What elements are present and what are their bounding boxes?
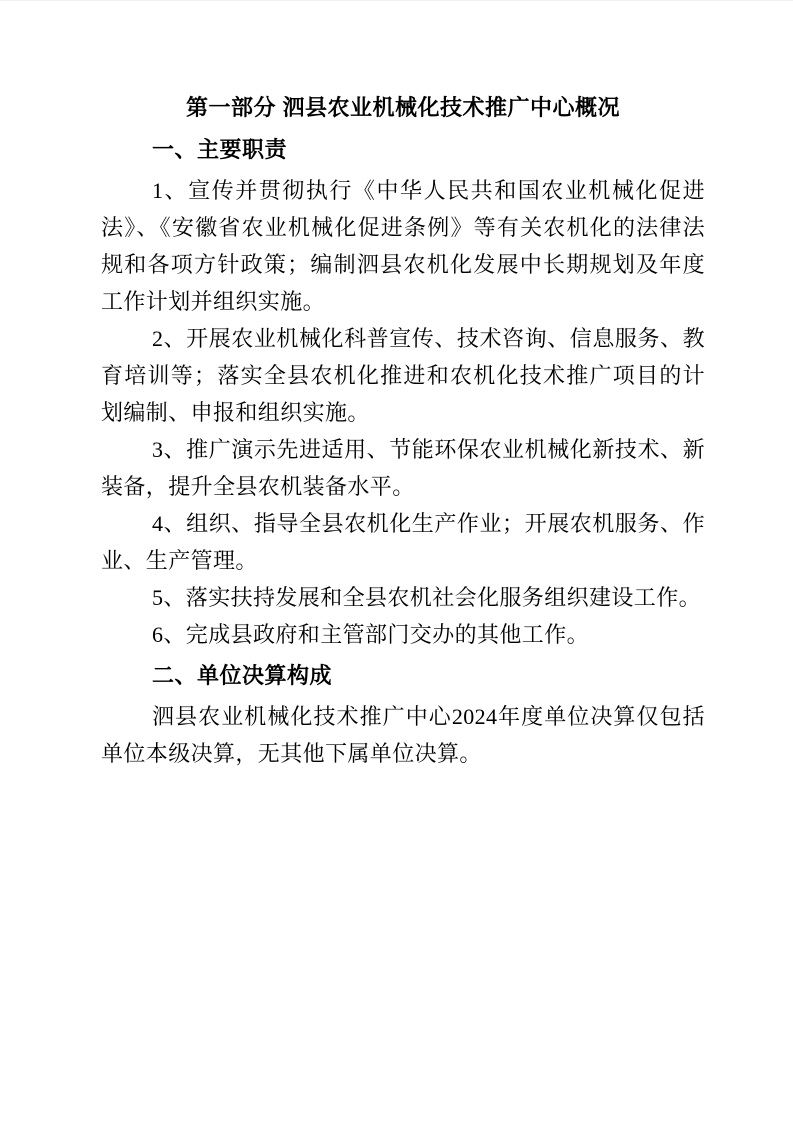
duty-paragraph-6: 6、完成县政府和主管部门交办的其他工作。 (101, 616, 705, 653)
budget-composition-paragraph: 泗县农业机械化技术推广中心2024年度单位决算仅包括单位本级决算，无其他下属单位… (101, 698, 705, 772)
document-title: 第一部分 泗县农业机械化技术推广中心概况 (101, 89, 705, 126)
duty-paragraph-4: 4、组织、指导全县农机化生产作业；开展农机服务、作业、生产管理。 (101, 505, 705, 579)
duty-paragraph-1: 1、宣传并贯彻执行《中华人民共和国农业机械化促进法》、《安徽省农业机械化促进条例… (101, 172, 705, 320)
section-heading-budget-composition: 二、单位决算构成 (101, 657, 705, 694)
section-heading-main-duties: 一、主要职责 (101, 131, 705, 168)
document-page: 第一部分 泗县农业机械化技术推广中心概况 一、主要职责 1、宣传并贯彻执行《中华… (0, 1, 793, 1122)
duty-paragraph-3: 3、推广演示先进适用、节能环保农业机械化新技术、新装备，提升全县农机装备水平。 (101, 431, 705, 505)
duty-paragraph-2: 2、开展农业机械化科普宣传、技术咨询、信息服务、教育培训等；落实全县农机化推进和… (101, 320, 705, 431)
duty-paragraph-5: 5、落实扶持发展和全县农机社会化服务组织建设工作。 (101, 579, 705, 616)
